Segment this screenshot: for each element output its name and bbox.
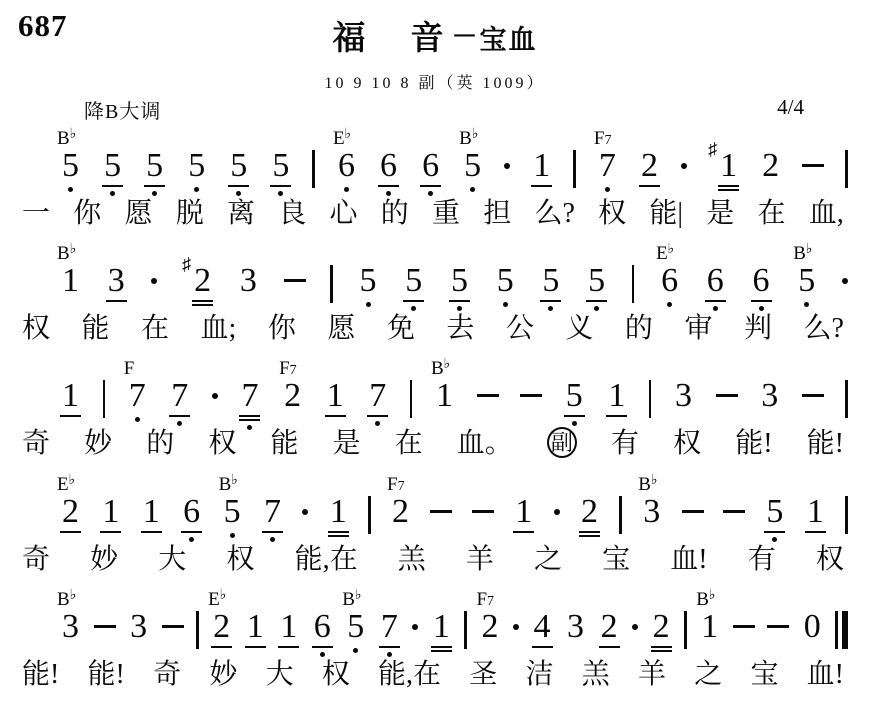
barline bbox=[410, 379, 413, 418]
time-signature: 4/4 bbox=[777, 95, 804, 120]
octave-dot bbox=[386, 191, 391, 196]
chord-label: B♭ bbox=[57, 590, 76, 609]
flat-icon: ♭ bbox=[231, 474, 238, 488]
lyric-syllable: 奇 bbox=[22, 544, 50, 576]
duration-underline: 6 bbox=[378, 149, 399, 187]
octave-dot bbox=[387, 652, 392, 657]
jianpu-note: 6 bbox=[420, 149, 441, 196]
chord-root: E bbox=[57, 474, 69, 495]
lyric-syllable: 的 bbox=[625, 313, 653, 345]
octave-dot bbox=[135, 417, 140, 422]
note-body: 2 bbox=[760, 149, 781, 183]
octave-dot bbox=[278, 191, 283, 196]
lyrics-row: 奇妙的权能是在血。副有权能!能! bbox=[0, 426, 870, 460]
jianpu-note: 5 bbox=[102, 149, 123, 196]
barline-thick bbox=[842, 611, 848, 649]
lyric-syllable: 有 bbox=[748, 544, 776, 576]
chord-root: E bbox=[656, 243, 668, 264]
note-body: 5 bbox=[358, 264, 379, 298]
lyric-syllable: 羊 bbox=[466, 544, 494, 576]
note-body: 6 bbox=[659, 264, 680, 298]
duration-dash-glyph bbox=[716, 394, 738, 397]
jianpu-note: 5 bbox=[270, 149, 291, 196]
chord-label: E♭ bbox=[208, 590, 226, 609]
note-digit: 7 bbox=[262, 495, 283, 529]
chord-root: F bbox=[124, 358, 135, 379]
lyric-syllable: 你 bbox=[268, 313, 296, 345]
note-digit: 5 bbox=[495, 264, 516, 298]
barline-glyph bbox=[632, 265, 635, 303]
octave-dot bbox=[457, 306, 462, 311]
chord-root: E bbox=[333, 128, 345, 149]
lyric-syllable: 能 bbox=[270, 428, 298, 460]
hymn-title-dash: － bbox=[451, 22, 477, 51]
lyric-syllable: 义 bbox=[565, 313, 593, 345]
note-digit: 3 bbox=[565, 610, 586, 644]
lyric-syllable: 能! bbox=[735, 428, 772, 460]
octave-dot bbox=[548, 306, 553, 311]
duration-dash bbox=[716, 379, 738, 397]
duration-underline: 1 bbox=[100, 495, 121, 533]
duration-underline: 7 bbox=[262, 495, 283, 533]
duration-dot-glyph bbox=[302, 509, 308, 515]
jianpu-note: 2 bbox=[579, 495, 600, 537]
barline-glyph bbox=[573, 150, 576, 188]
lyric-syllable: 血! bbox=[807, 659, 844, 691]
note-body: 6 bbox=[312, 610, 333, 648]
note-body: 3 bbox=[128, 610, 149, 644]
duration-dot bbox=[681, 149, 687, 169]
note-body: 6 bbox=[751, 264, 772, 302]
note-digit: 5 bbox=[60, 149, 81, 183]
flat-icon: ♭ bbox=[70, 589, 77, 603]
note-digit: 2 bbox=[479, 610, 500, 644]
chord-label: F7 bbox=[279, 359, 297, 378]
duration-dash-glyph bbox=[284, 279, 306, 282]
jianpu-note: 7 bbox=[262, 495, 283, 542]
note-digit: 5 bbox=[462, 149, 483, 183]
note-body: 3 bbox=[106, 264, 127, 302]
lyric-syllable: 担 bbox=[483, 198, 511, 230]
duration-dot bbox=[504, 149, 510, 169]
duration-underline: 2 bbox=[60, 495, 81, 533]
hymn-sheet-page: 687 福 音－宝血 10 9 10 8 副（英 1009） 降B大调 4/4 … bbox=[0, 0, 870, 723]
note-body: 6 bbox=[420, 149, 441, 187]
note-body: 2 bbox=[282, 379, 303, 413]
duration-dash-glyph bbox=[733, 625, 755, 628]
note-digit: 2 bbox=[60, 495, 81, 529]
note-body: 5 bbox=[564, 379, 585, 417]
note-body: 5 bbox=[449, 264, 470, 302]
chord-seventh: 7 bbox=[487, 594, 494, 609]
duration-dash-glyph bbox=[477, 394, 499, 397]
duration-dash-glyph bbox=[162, 625, 184, 628]
lyric-syllable: 权 bbox=[226, 544, 254, 576]
duration-dash-glyph bbox=[802, 164, 824, 167]
barline-glyph bbox=[649, 380, 652, 418]
duration-dot-glyph bbox=[554, 509, 560, 515]
note-digit: 5 bbox=[449, 264, 470, 298]
barline bbox=[330, 264, 333, 303]
note-body: 2 bbox=[651, 610, 672, 652]
note-digit: 3 bbox=[673, 379, 694, 413]
duration-dot-glyph bbox=[513, 624, 519, 630]
notation-systems: B♭555555E♭666B♭51F772♯12一你愿脱离良心的重担么?权能|是… bbox=[0, 124, 870, 691]
duration-dot-glyph bbox=[681, 163, 687, 169]
lyric-syllable: 有 bbox=[611, 428, 639, 460]
duration-underline: 6 bbox=[312, 610, 333, 648]
note-digit: 1 bbox=[718, 149, 739, 183]
duration-underline: 1 bbox=[431, 610, 452, 648]
chord-root: B bbox=[57, 243, 70, 264]
note-body: 6 bbox=[181, 495, 202, 533]
jianpu-note: 1 bbox=[245, 610, 266, 648]
notes-row: B♭555555E♭666B♭51F772♯12 bbox=[0, 124, 870, 196]
jianpu-note: 1 bbox=[805, 495, 826, 533]
lyric-syllable: 血! bbox=[670, 544, 707, 576]
note-digit: 3 bbox=[106, 264, 127, 298]
note-digit: 1 bbox=[141, 495, 162, 529]
flat-icon: ♭ bbox=[709, 589, 716, 603]
note-body: 5 bbox=[144, 149, 165, 187]
notes-row: 1F777F7217B♭15133 bbox=[0, 354, 870, 426]
duration-underline: 7 bbox=[239, 379, 260, 417]
lyric-syllable: 权 bbox=[816, 544, 844, 576]
duration-underline: 2 bbox=[192, 264, 213, 302]
duration-underline: 5 bbox=[270, 149, 291, 187]
jianpu-note: 6 bbox=[705, 264, 726, 311]
octave-dot bbox=[594, 306, 599, 311]
lyric-syllable: 圣 bbox=[469, 659, 497, 691]
octave-dot bbox=[804, 302, 809, 307]
chord-label: B♭ bbox=[57, 129, 76, 148]
note-digit: 1 bbox=[325, 379, 346, 413]
duration-underline: 2 bbox=[639, 149, 660, 187]
duration-dash bbox=[802, 379, 824, 397]
note-digit: 1 bbox=[699, 610, 720, 644]
note-digit: 7 bbox=[239, 379, 260, 413]
chord-label: B♭ bbox=[431, 359, 450, 378]
duration-dash bbox=[723, 495, 745, 513]
note-body: 5 bbox=[462, 149, 483, 183]
lyric-syllable: 大 bbox=[266, 659, 294, 691]
note-body: 5 bbox=[586, 264, 607, 302]
note-body: 7 bbox=[127, 379, 148, 413]
flat-icon: ♭ bbox=[444, 358, 451, 372]
chord-root: B bbox=[342, 589, 355, 610]
duration-underline: 2 bbox=[651, 610, 672, 652]
note-body: 7 bbox=[597, 149, 618, 183]
barline-glyph bbox=[103, 380, 106, 418]
jianpu-note: 1 bbox=[531, 149, 552, 187]
lyric-syllable: 宝 bbox=[602, 544, 630, 576]
jianpu-note: 4 bbox=[532, 610, 553, 648]
jianpu-note: F72 bbox=[390, 495, 411, 529]
octave-dot bbox=[772, 537, 777, 542]
note-digit: 1 bbox=[328, 495, 349, 529]
system-3: 1F777F7217B♭15133奇妙的权能是在血。副有权能!能! bbox=[0, 354, 870, 460]
note-digit: 6 bbox=[312, 610, 333, 644]
jianpu-note: 3 bbox=[128, 610, 149, 644]
system-1: B♭555555E♭666B♭51F772♯12一你愿脱离良心的重担么?权能|是… bbox=[0, 124, 870, 230]
barline bbox=[845, 495, 848, 534]
flat-icon: ♭ bbox=[70, 128, 77, 142]
jianpu-note: 6 bbox=[312, 610, 333, 657]
duration-underline: 1 bbox=[431, 610, 452, 652]
jianpu-note: 5 bbox=[186, 149, 207, 192]
note-digit: 1 bbox=[278, 610, 299, 644]
note-digit: 6 bbox=[378, 149, 399, 183]
duration-dash bbox=[430, 495, 452, 513]
lyric-syllable: 重 bbox=[432, 198, 460, 230]
notes-row: B♭33E♭2116B♭571F724322B♭10 bbox=[0, 585, 870, 657]
barline bbox=[368, 495, 371, 534]
lyric-syllable: 权 bbox=[22, 313, 50, 345]
jianpu-note: 2 bbox=[651, 610, 672, 652]
lyric-syllable: 良 bbox=[278, 198, 306, 230]
note-body: 3 bbox=[238, 264, 259, 298]
duration-underline: 7 bbox=[367, 379, 388, 417]
duration-dash bbox=[472, 495, 494, 513]
note-body: 4 bbox=[532, 610, 553, 648]
lyric-syllable: 你 bbox=[73, 198, 101, 230]
jianpu-note: B♭5 bbox=[60, 149, 81, 192]
lyric-syllable: 能 bbox=[82, 313, 110, 345]
duration-dash-glyph bbox=[767, 625, 789, 628]
note-body: 5 bbox=[186, 149, 207, 183]
note-digit: 3 bbox=[641, 495, 662, 529]
barline-glyph bbox=[619, 496, 622, 534]
jianpu-note: F72 bbox=[479, 610, 500, 644]
jianpu-note: 1 bbox=[141, 495, 162, 533]
note-body: 5 bbox=[270, 149, 291, 187]
duration-underline: 1 bbox=[531, 149, 552, 187]
duration-underline: 5 bbox=[102, 149, 123, 187]
chord-root: E bbox=[208, 589, 220, 610]
lyric-syllable: 能! bbox=[88, 659, 125, 691]
note-digit: 2 bbox=[390, 495, 411, 529]
system-2: B♭13♯23555555E♭666B♭5权能在血;你愿免去公义的审判么? bbox=[0, 239, 870, 345]
duration-dot bbox=[302, 495, 308, 515]
jianpu-note: 7 bbox=[379, 610, 400, 657]
lyric-syllable: 在 bbox=[395, 428, 423, 460]
jianpu-note: 7 bbox=[367, 379, 388, 426]
chord-root: F bbox=[476, 589, 487, 610]
barline bbox=[103, 379, 106, 418]
duration-underline: 2 bbox=[192, 264, 213, 306]
flat-icon: ♭ bbox=[668, 243, 675, 257]
note-digit: 2 bbox=[651, 610, 672, 644]
duration-dash bbox=[94, 610, 116, 628]
barline-glyph bbox=[330, 265, 333, 303]
duration-underline: 6 bbox=[751, 264, 772, 302]
note-body: ♯2 bbox=[182, 264, 213, 306]
octave-dot bbox=[759, 306, 764, 311]
octave-dot bbox=[375, 421, 380, 426]
note-body: 1 bbox=[278, 610, 299, 648]
note-body: 1 bbox=[141, 495, 162, 533]
jianpu-note: 6 bbox=[378, 149, 399, 196]
note-body: 1 bbox=[531, 149, 552, 187]
note-digit: 3 bbox=[128, 610, 149, 644]
chord-label: F7 bbox=[387, 475, 405, 494]
notes-row: B♭13♯23555555E♭666B♭5 bbox=[0, 239, 870, 311]
jianpu-note: 7 bbox=[239, 379, 260, 430]
duration-underline: 6 bbox=[420, 149, 441, 187]
note-digit: 5 bbox=[228, 149, 249, 183]
barline bbox=[619, 495, 622, 534]
duration-dot bbox=[513, 610, 519, 630]
jianpu-note: 1 bbox=[328, 495, 349, 537]
lyrics-row: 一你愿脱离良心的重担么?权能|是在血, bbox=[0, 196, 870, 230]
note-digit: 3 bbox=[238, 264, 259, 298]
note-body: 6 bbox=[705, 264, 726, 302]
lyric-syllable: 羔 bbox=[582, 659, 610, 691]
lyric-syllable: 一 bbox=[22, 198, 50, 230]
lyric-syllable: 血, bbox=[809, 198, 844, 230]
chord-root: B bbox=[219, 474, 232, 495]
final-barline bbox=[835, 610, 848, 649]
flat-icon: ♭ bbox=[355, 589, 362, 603]
jianpu-note: E♭6 bbox=[659, 264, 680, 307]
note-body: 1 bbox=[328, 495, 349, 537]
jianpu-note: E♭2 bbox=[211, 610, 232, 648]
note-digit: 1 bbox=[606, 379, 627, 413]
chord-root: B bbox=[57, 589, 70, 610]
duration-underline: 1 bbox=[325, 379, 346, 417]
duration-dash bbox=[767, 610, 789, 628]
duration-underline: 1 bbox=[513, 495, 534, 533]
jianpu-note: 5 bbox=[358, 264, 379, 307]
jianpu-note: 1 bbox=[60, 379, 81, 417]
note-digit: 1 bbox=[434, 379, 455, 413]
note-digit: 5 bbox=[564, 379, 585, 413]
key-signature: 降B大调 bbox=[84, 95, 161, 124]
note-body: 2 bbox=[639, 149, 660, 187]
duration-underline: 1 bbox=[606, 379, 627, 417]
duration-underline: 7 bbox=[379, 610, 400, 648]
lyric-syllable: 权 bbox=[322, 659, 350, 691]
jianpu-note: 5 bbox=[144, 149, 165, 196]
flat-icon: ♭ bbox=[69, 474, 76, 488]
duration-dot-glyph bbox=[151, 278, 157, 284]
jianpu-note: 1 bbox=[606, 379, 627, 417]
chord-label: E♭ bbox=[57, 475, 75, 494]
flat-icon: ♭ bbox=[220, 589, 227, 603]
duration-underline: 5 bbox=[540, 264, 561, 302]
lyric-syllable: 心 bbox=[330, 198, 358, 230]
note-body: 1 bbox=[513, 495, 534, 533]
note-digit: 1 bbox=[100, 495, 121, 529]
system-5: B♭33E♭2116B♭571F724322B♭10能!能!奇妙大权能,在圣洁羔… bbox=[0, 585, 870, 691]
jianpu-note: 1 bbox=[325, 379, 346, 417]
lyric-syllable: 之 bbox=[534, 544, 562, 576]
note-body: 7 bbox=[262, 495, 283, 533]
barline-glyph bbox=[464, 611, 467, 649]
final-barline-glyph bbox=[835, 610, 848, 649]
duration-dot bbox=[842, 264, 848, 284]
barline bbox=[573, 149, 576, 188]
note-digit: 5 bbox=[586, 264, 607, 298]
note-body: 5 bbox=[796, 264, 817, 298]
duration-underline: 1 bbox=[805, 495, 826, 533]
duration-dash bbox=[733, 610, 755, 628]
barline-glyph bbox=[368, 496, 371, 534]
duration-underline: 1 bbox=[718, 149, 739, 191]
note-body: 2 bbox=[479, 610, 500, 644]
chord-seventh: 7 bbox=[604, 133, 611, 148]
meter-line: 10 9 10 8 副（英 1009） bbox=[0, 70, 870, 93]
jianpu-note: E♭6 bbox=[336, 149, 357, 192]
note-digit: 1 bbox=[513, 495, 534, 529]
jianpu-note: B♭1 bbox=[60, 264, 81, 298]
duration-dash bbox=[682, 495, 704, 513]
jianpu-note: 1 bbox=[278, 610, 299, 648]
jianpu-note: F77 bbox=[597, 149, 618, 192]
barline bbox=[649, 379, 652, 418]
duration-underline: 1 bbox=[718, 149, 739, 187]
duration-dash-glyph bbox=[472, 510, 494, 513]
note-digit: 2 bbox=[282, 379, 303, 413]
duration-dash-glyph bbox=[520, 394, 542, 397]
note-digit: 1 bbox=[245, 610, 266, 644]
note-body: 6 bbox=[336, 149, 357, 183]
chord-label: F bbox=[124, 359, 135, 378]
chord-label: E♭ bbox=[656, 244, 674, 263]
duration-underline: 3 bbox=[106, 264, 127, 302]
note-digit: 5 bbox=[186, 149, 207, 183]
jianpu-note: ♯2 bbox=[182, 264, 213, 306]
chord-root: B bbox=[459, 128, 472, 149]
jianpu-note: 6 bbox=[181, 495, 202, 542]
lyric-syllable: 妙 bbox=[90, 544, 118, 576]
note-digit: 7 bbox=[597, 149, 618, 183]
lyric-syllable: 审 bbox=[684, 313, 712, 345]
jianpu-note: 6 bbox=[751, 264, 772, 311]
note-digit: 3 bbox=[60, 610, 81, 644]
lyric-syllable: 洁 bbox=[526, 659, 554, 691]
note-digit: 7 bbox=[379, 610, 400, 644]
lyric-syllable: 奇 bbox=[153, 659, 181, 691]
flat-icon: ♭ bbox=[651, 474, 658, 488]
jianpu-note: B♭5 bbox=[222, 495, 243, 538]
duration-dot bbox=[554, 495, 560, 515]
duration-dot-glyph bbox=[842, 278, 848, 284]
duration-underline: 1 bbox=[245, 610, 266, 648]
duration-dash-glyph bbox=[682, 510, 704, 513]
note-body: 2 bbox=[599, 610, 620, 648]
duration-dash bbox=[284, 264, 306, 282]
jianpu-note: 5 bbox=[764, 495, 785, 542]
lyric-syllable: 是 bbox=[333, 428, 361, 460]
note-digit: 1 bbox=[60, 379, 81, 413]
note-body: ♯1 bbox=[708, 149, 739, 191]
note-digit: 5 bbox=[540, 264, 561, 298]
lyric-syllable: 血; bbox=[201, 313, 237, 345]
note-digit: 7 bbox=[367, 379, 388, 413]
note-body: 7 bbox=[367, 379, 388, 417]
chord-label: B♭ bbox=[219, 475, 238, 494]
jianpu-note: 2 bbox=[639, 149, 660, 187]
jianpu-note: B♭5 bbox=[796, 264, 817, 307]
hymn-title: 福 音－宝血 bbox=[0, 12, 870, 59]
lyric-syllable: 权 bbox=[673, 428, 701, 460]
duration-underline: 5 bbox=[449, 264, 470, 302]
note-digit: 6 bbox=[659, 264, 680, 298]
note-digit: 5 bbox=[345, 610, 366, 644]
octave-dot bbox=[247, 425, 252, 430]
barline-glyph bbox=[845, 150, 848, 188]
